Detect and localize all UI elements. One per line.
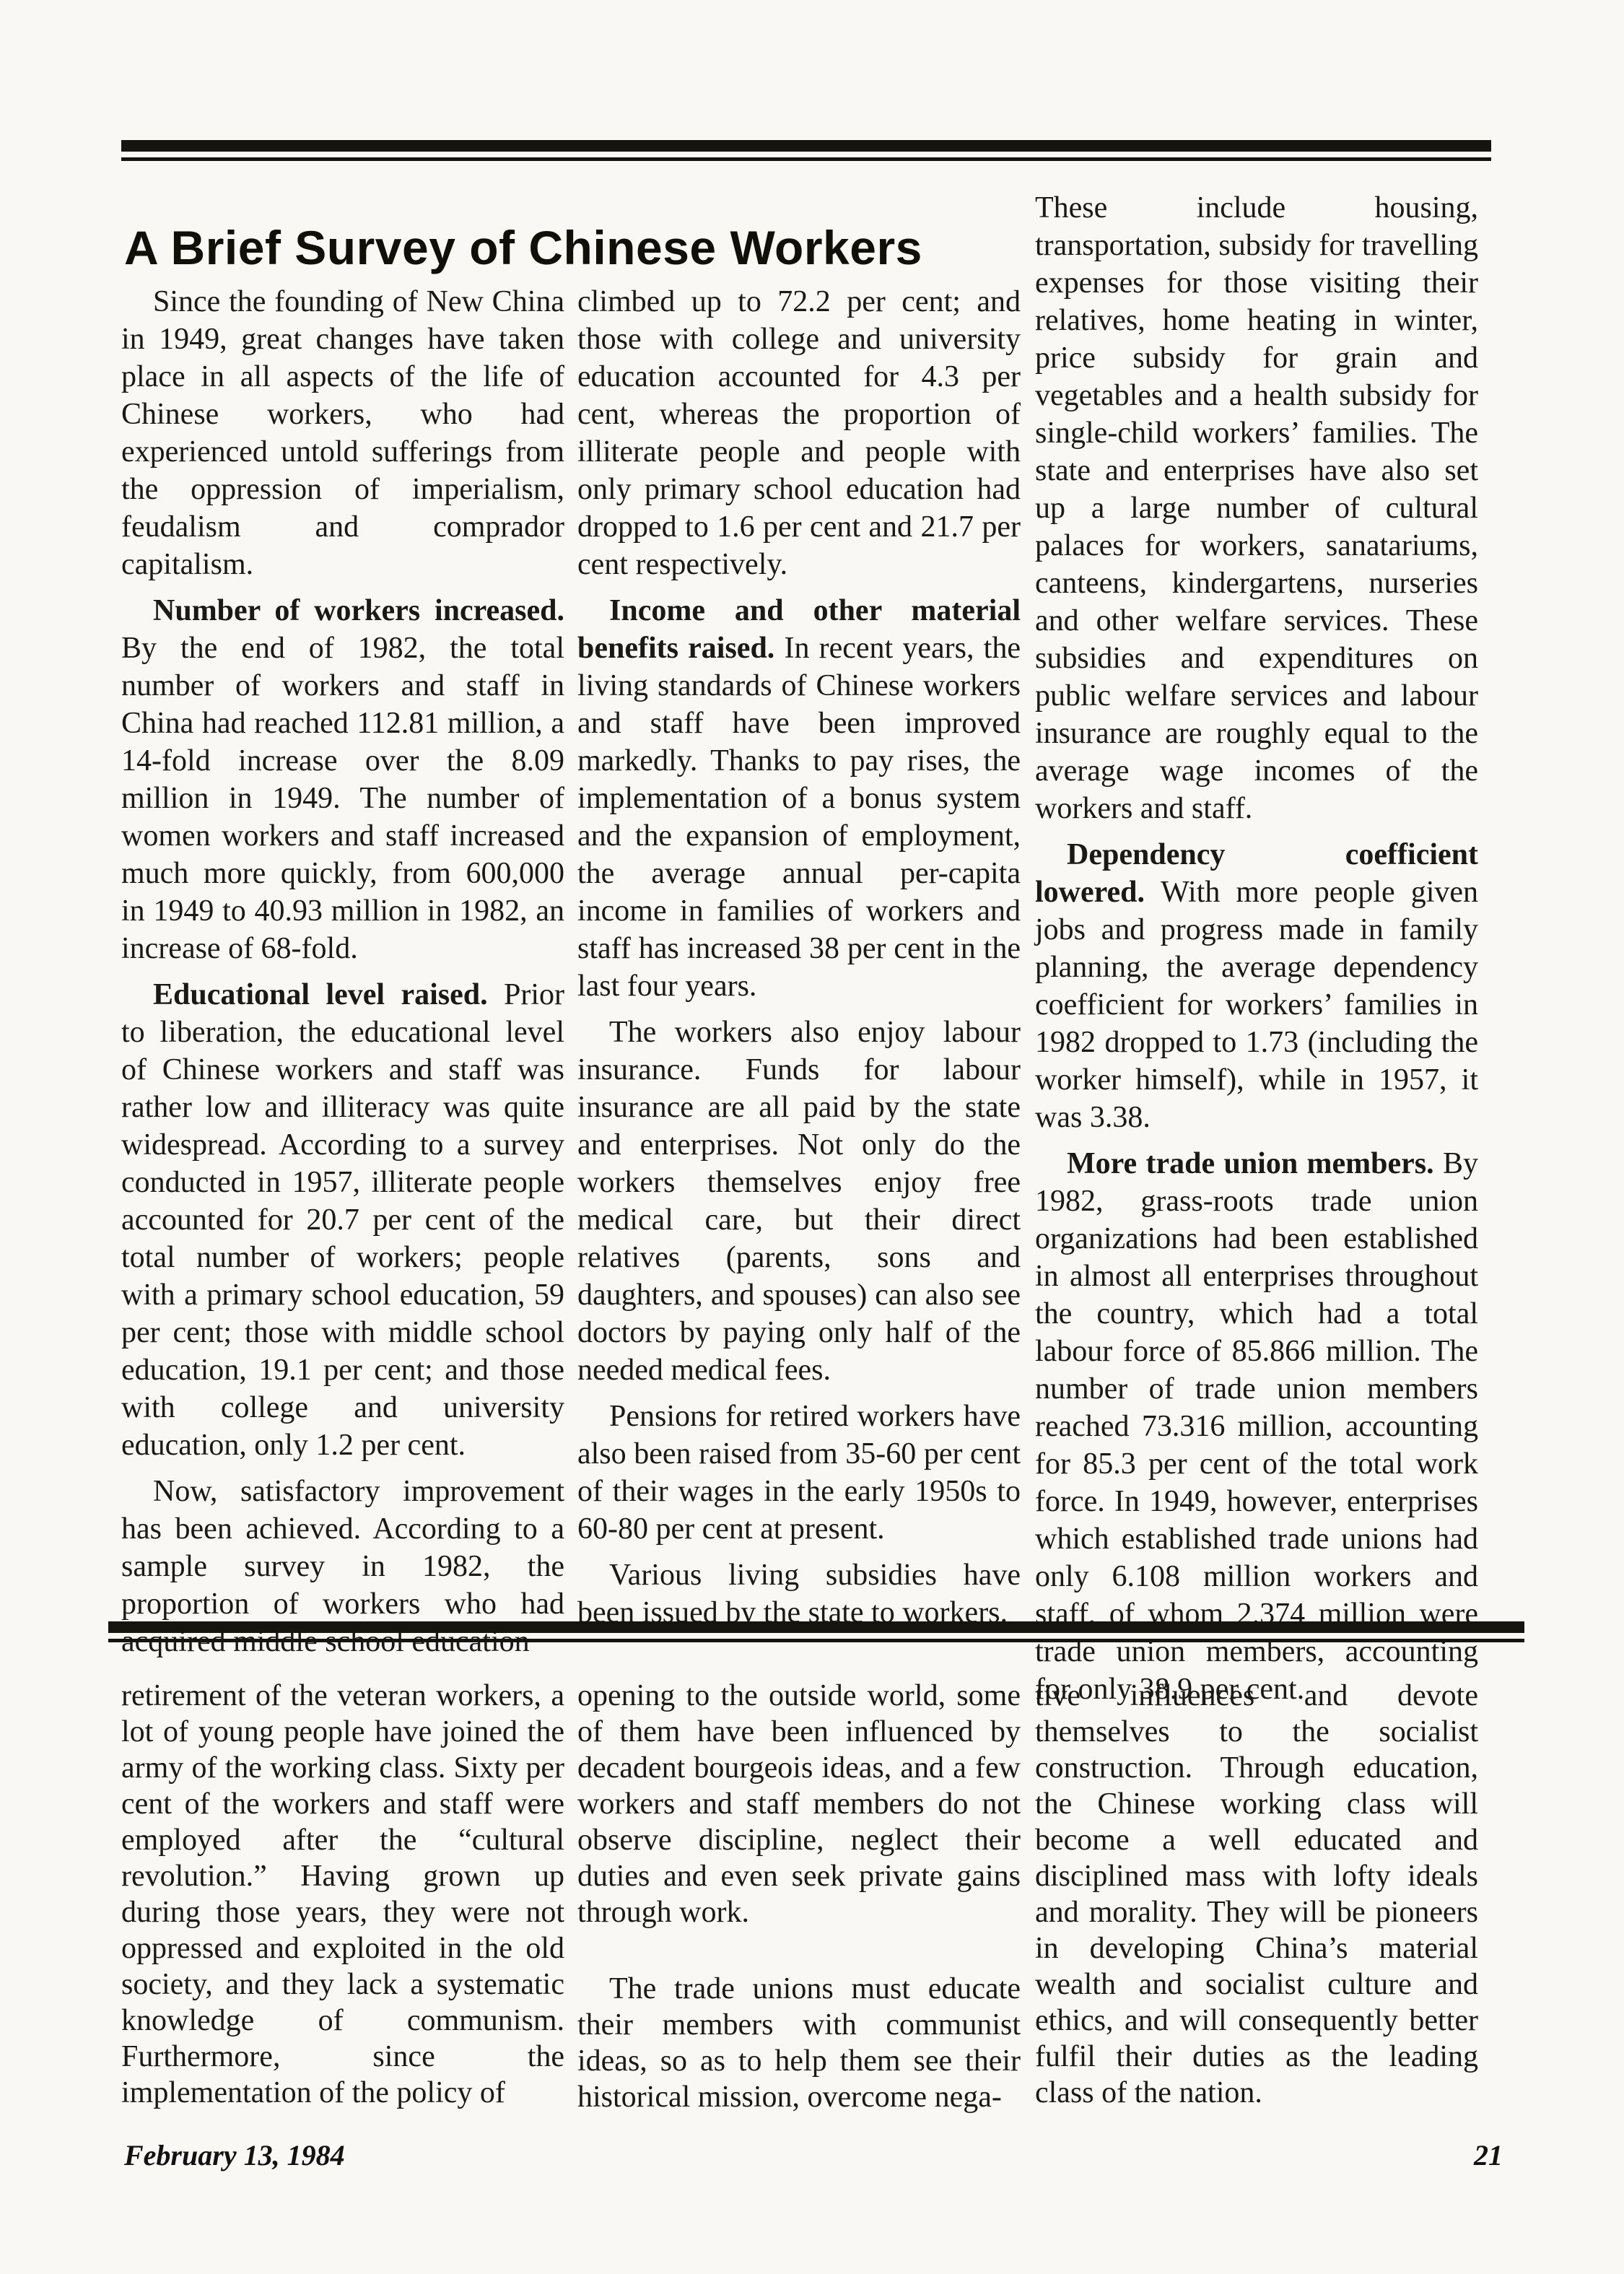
paragraph: Pensions for retired workers have also b…: [577, 1398, 1021, 1548]
paragraph: Educational level raised. Prior to liber…: [121, 976, 564, 1464]
paragraph: Since the founding of New China in 1949,…: [121, 283, 564, 583]
paragraph: The trade unions must educate their memb…: [577, 1971, 1021, 2115]
rule-thick-bar: [121, 140, 1491, 152]
magazine-page: A Brief Survey of Chinese Workers Since …: [0, 0, 1624, 2274]
paragraph: Various living subsidies have been issue…: [577, 1556, 1021, 1632]
paragraph: Dependency coefficient lowered. With mor…: [1035, 836, 1478, 1136]
bottom-section-column-1: retirement of the veteran workers, a lot…: [121, 1678, 564, 2120]
rule-thin-bar: [121, 157, 1491, 161]
paragraph: The workers also enjoy labour insurance.…: [577, 1014, 1021, 1389]
article-title: A Brief Survey of Chinese Workers: [124, 222, 1026, 274]
paragraph-lead: More trade union members.: [1067, 1147, 1443, 1180]
paragraph: These include housing, transportation, s…: [1035, 189, 1478, 827]
footer-date: February 13, 1984: [124, 2138, 345, 2172]
rule-thin-bar: [108, 1639, 1524, 1642]
section-divider-double-rule: [108, 1621, 1524, 1642]
paragraph: Number of workers increased. By the end …: [121, 592, 564, 967]
rule-thick-bar: [108, 1621, 1524, 1633]
paragraph: opening to the outside world, some of th…: [577, 1678, 1021, 1930]
top-double-rule: [121, 140, 1491, 161]
paragraph: retirement of the veteran workers, a lot…: [121, 1678, 564, 2111]
paragraph-lead: Number of workers increased.: [153, 594, 564, 627]
bottom-section-column-3: tive influences and devote themselves to…: [1035, 1678, 1478, 2120]
paragraph-lead: Educational level raised.: [153, 978, 504, 1011]
paragraph: climbed up to 72.2 per cent; and those w…: [577, 283, 1021, 583]
paragraph: Income and other material benefits raise…: [577, 592, 1021, 1005]
paragraph-lead: Income and other material benefits raise…: [577, 594, 1021, 665]
bottom-section-column-2: opening to the outside world, some of th…: [577, 1678, 1021, 2124]
top-section-column-1: Since the founding of New China in 1949,…: [121, 283, 564, 1669]
top-section-column-2: climbed up to 72.2 per cent; and those w…: [577, 283, 1021, 1640]
paragraph: tive influences and devote themselves to…: [1035, 1678, 1478, 2111]
top-section-column-3: These include housing, transportation, s…: [1035, 189, 1478, 1717]
paragraph-lead: Dependency coefficient lowered.: [1035, 838, 1478, 909]
footer-page-number: 21: [1394, 2138, 1503, 2172]
